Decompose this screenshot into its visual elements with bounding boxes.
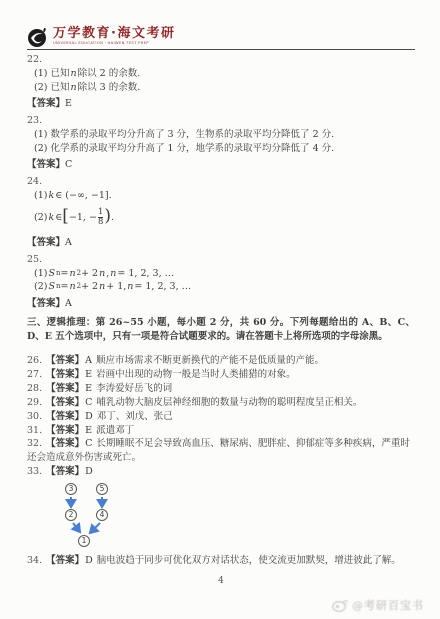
fraction: 18 (98, 208, 103, 228)
answer-item-number: 32. (27, 438, 42, 449)
statement-text: ∈ (55, 211, 62, 225)
statement-text: (1) 已知 (34, 67, 69, 81)
statement-text: (1) (34, 267, 47, 281)
answer-item: 28.【答案】E李涛爱好岳飞的词 (27, 382, 415, 396)
answer-label: 【答案】 (46, 355, 84, 366)
answer-item-number: 34. (27, 555, 42, 566)
answer-label: 【答案】 (27, 98, 65, 109)
answer-text: 派遣邓丁 (96, 425, 134, 436)
statement-text: n (70, 67, 76, 81)
answer-label: 【答案】 (27, 237, 65, 248)
fraction-denominator: 8 (98, 217, 103, 227)
answer-line: 【答案】C (27, 158, 415, 172)
answer-list-2: 34.【答案】D脑电波趋于同步可优化双方对话状态，使交流更加默契，增进彼此了解。 (27, 554, 415, 568)
answer-letter: E (85, 369, 92, 380)
answer-item: 32.【答案】C长期睡眠不足会导致高血压、糖尿病、肥胖症、抑郁症等多种疾病，严重… (27, 437, 415, 465)
statement-text: (2) (34, 211, 47, 225)
answer-text: 顺应市场需求不断更新换代的产能不是低质量的产能。 (96, 355, 324, 366)
question-statement: (1) 数学系的录取平均分升高了 3 分，生物系的录取平均分降低了 2 分. (27, 128, 415, 142)
statement-text: n (69, 267, 75, 281)
statement-text: k (48, 211, 54, 225)
answer-letter: D (85, 466, 93, 477)
answer-label: 【答案】 (46, 438, 84, 449)
answer-letter: A (85, 355, 92, 366)
statement-text: + 1, (106, 280, 126, 294)
question-blocks: 22.(1) 已知 n 除以 2 的余数.(2) 已知 n 除以 3 的余数.【… (27, 53, 415, 311)
answer-item: 27.【答案】E岩画中出现的动物一般是当时人类捕猎的对象。 (27, 368, 415, 382)
answer-letter: C (65, 159, 72, 170)
statement-text: −1, − (69, 211, 97, 225)
watermark: @考研百宝书 (332, 597, 424, 613)
answer-text: 脑电波趋于同步可优化双方对话状态，使交流更加默契，增进彼此了解。 (97, 555, 401, 566)
answer-item-number: 26. (27, 355, 42, 366)
header: 万学教育·海文考研 UNIVERSAL EDUCATION · HAIWEN T… (27, 27, 415, 50)
question-number: 24. (27, 175, 415, 189)
section-heading: 三、逻辑推理：第 26~55 小题，每小题 2 分，共 60 分。下列每题给出的… (27, 316, 415, 345)
answer-label: 【答案】 (46, 397, 84, 408)
statement-text: n (110, 267, 116, 281)
answer-letter: D (85, 555, 93, 566)
statement-text: [ (62, 208, 69, 225)
answer-list-1: 26.【答案】A顺应市场需求不断更新换代的产能不是低质量的产能。27.【答案】E… (27, 354, 415, 479)
answer-item: 34.【答案】D脑电波趋于同步可优化双方对话状态，使交流更加默契，增进彼此了解。 (27, 554, 415, 568)
answer-label: 【答案】 (46, 411, 84, 422)
answer-text: 哺乳动物大脑皮层神经细胞的数量与动物的聪明程度呈正相关。 (96, 397, 362, 408)
question-block: 22.(1) 已知 n 除以 2 的余数.(2) 已知 n 除以 3 的余数.【… (27, 53, 415, 111)
brand-logo-icon (27, 27, 48, 48)
statement-text: n (70, 81, 76, 95)
question-statement: (2) 化学系的录取平均分升高了 1 分，地学系的录取平均分降低了 4 分. (27, 142, 415, 156)
statement-text: (1) 数学系的录取平均分升高了 3 分，生物系的录取平均分降低了 2 分. (34, 128, 334, 142)
answer-letter: D (85, 411, 93, 422)
question-statement: (1) Sn = n2 + 2n, n = 1, 2, 3, … (27, 267, 415, 281)
question-number: 23. (27, 114, 415, 128)
answer-letter: E (85, 383, 92, 394)
answer-label: 【答案】 (27, 298, 65, 309)
answer-line: 【答案】A (27, 297, 415, 311)
statement-text: (2) (34, 280, 47, 294)
question-33-diagram: 3 5 2 4 1 (45, 482, 135, 552)
statement-text: n (69, 280, 75, 294)
statement-text: + 2 (81, 280, 98, 294)
header-rule (27, 49, 415, 50)
question-statement: (2) Sn = n2 + 2n + 1, n = 1, 2, 3, … (27, 280, 415, 294)
statement-text: (2) 已知 (34, 81, 69, 95)
statement-text: S (48, 280, 55, 294)
statement-text: ) (104, 208, 111, 225)
statement-text: n (99, 280, 105, 294)
statement-text: + 2 (81, 267, 98, 281)
statement-text: , (106, 267, 109, 281)
question-statement: (2) 已知 n 除以 3 的余数. (27, 81, 415, 95)
answer-label: 【答案】 (46, 369, 84, 380)
brand-subtitle: UNIVERSAL EDUCATION · HAIWEN TEST PREP (53, 41, 149, 45)
answer-item-number: 30. (27, 411, 42, 422)
statement-text: k (48, 189, 54, 203)
statement-text: n (127, 280, 133, 294)
fraction-numerator: 1 (98, 208, 103, 217)
answer-letter: A (65, 298, 72, 309)
answer-letter: E (85, 425, 92, 436)
statement-text: (2) 化学系的录取平均分升高了 1 分，地学系的录取平均分降低了 4 分. (34, 142, 334, 156)
answer-item-number: 31. (27, 425, 42, 436)
statement-text: = 1, 2, 3, … (117, 267, 174, 281)
question-block: 23.(1) 数学系的录取平均分升高了 3 分，生物系的录取平均分降低了 2 分… (27, 114, 415, 172)
question-statement: (1) 已知 n 除以 2 的余数. (27, 67, 415, 81)
answer-item: 30.【答案】D邓丁、刘戊、张己 (27, 410, 415, 424)
statement-text: 除以 3 的余数. (78, 81, 141, 95)
answer-line: 【答案】E (27, 97, 415, 111)
answer-item: 26.【答案】A顺应市场需求不断更新换代的产能不是低质量的产能。 (27, 354, 415, 368)
answer-item: 29.【答案】C哺乳动物大脑皮层神经细胞的数量与动物的聪明程度呈正相关。 (27, 396, 415, 410)
statement-text: = 1, 2, 3, … (134, 280, 191, 294)
answer-label: 【答案】 (46, 425, 84, 436)
answer-label: 【答案】 (46, 555, 84, 566)
answer-label: 【答案】 (46, 383, 84, 394)
answer-item-number: 27. (27, 369, 42, 380)
answer-text: 岩画中出现的动物一般是当时人类捕猎的对象。 (96, 369, 296, 380)
question-block: 25.(1) Sn = n2 + 2n, n = 1, 2, 3, …(2) S… (27, 253, 415, 311)
answer-label: 【答案】 (27, 159, 65, 170)
statement-text: (1) (34, 189, 47, 203)
answer-label: 【答案】 (46, 466, 84, 477)
question-number: 22. (27, 53, 415, 67)
answer-line: 【答案】A (27, 236, 415, 250)
watermark-text: @考研百宝书 (352, 597, 424, 613)
statement-text: = (61, 280, 69, 294)
diagram-arrows (45, 482, 135, 552)
statement-text: 除以 2 的余数. (78, 67, 141, 81)
answer-item-number: 28. (27, 383, 42, 394)
answer-item-number: 33. (27, 466, 42, 477)
answer-letter: E (65, 98, 72, 109)
answer-text: 李涛爱好岳飞的词 (96, 383, 172, 394)
question-statement: (1) k ∈ (−∞, −1]. (27, 189, 415, 203)
statement-text: = (61, 267, 69, 281)
question-number: 25. (27, 253, 415, 267)
answer-letter: C (85, 397, 92, 408)
page-number: 4 (27, 576, 415, 586)
brand-title: 万学教育·海文考研 (53, 27, 208, 41)
question-block: 24.(1) k ∈ (−∞, −1].(2) k ∈ [ −1, − 18).… (27, 175, 415, 250)
answer-text: 邓丁、刘戊、张己 (97, 411, 173, 422)
statement-text: ∈ (−∞, −1]. (55, 189, 111, 203)
answer-item: 33.【答案】D (27, 465, 415, 479)
answer-item-number: 29. (27, 397, 42, 408)
statement-text: S (48, 267, 55, 281)
document-page: 万学教育·海文考研 UNIVERSAL EDUCATION · HAIWEN T… (0, 0, 440, 619)
answer-item: 31.【答案】E派遣邓丁 (27, 424, 415, 438)
statement-text: n (99, 267, 105, 281)
question-statement: (2) k ∈ [ −1, − 18). (27, 203, 415, 233)
answer-letter: A (65, 237, 72, 248)
statement-text: . (111, 211, 114, 225)
weibo-icon (332, 598, 349, 612)
answer-letter: C (85, 438, 92, 449)
